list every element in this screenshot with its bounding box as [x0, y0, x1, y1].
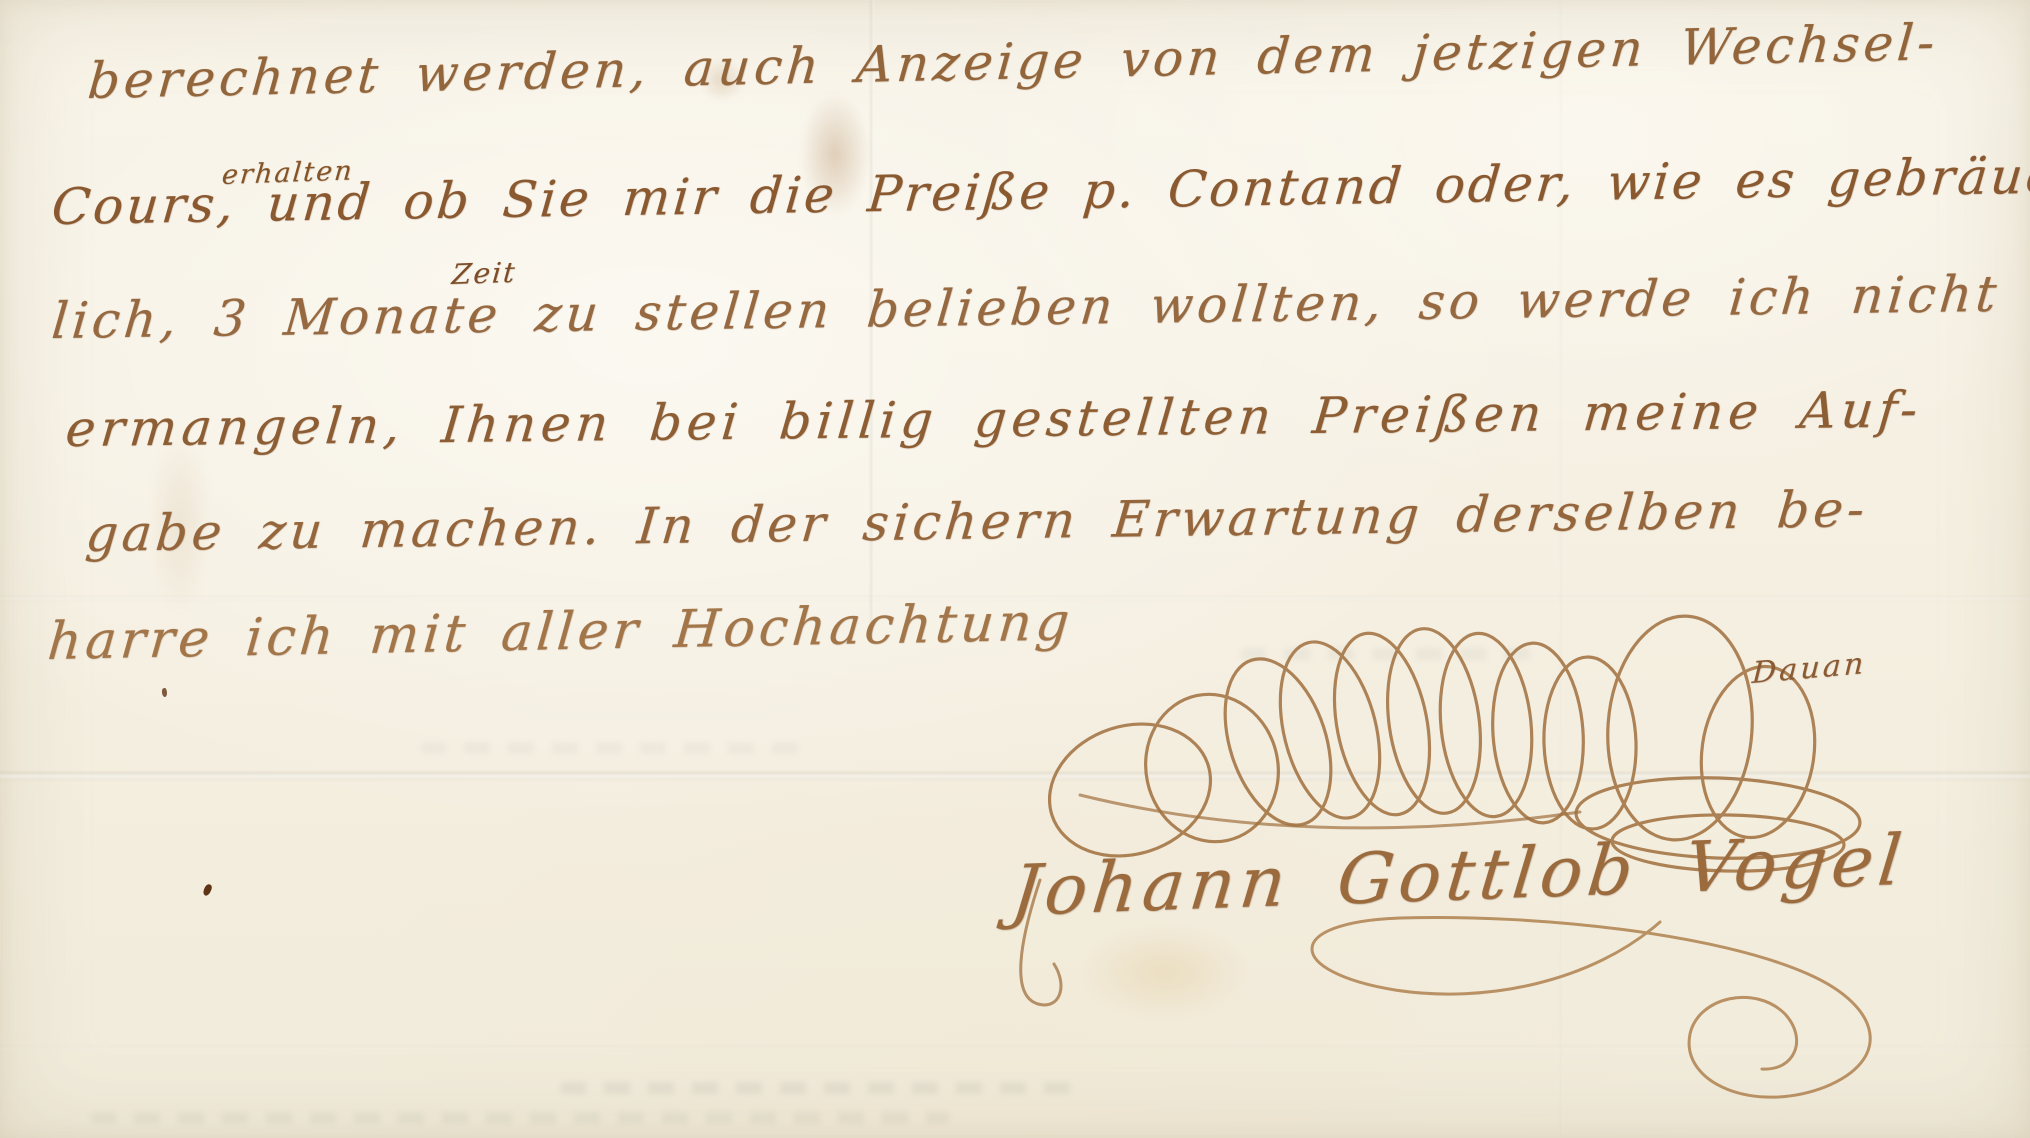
- ink-spot: [202, 883, 213, 897]
- letter-line-3: lich, 3 Monate zu stellen belieben wollt…: [49, 265, 2002, 350]
- letter-line-6: harre ich mit aller Hochachtung: [45, 592, 1075, 672]
- verso-show-through: [90, 1112, 950, 1124]
- verso-show-through: [420, 742, 800, 754]
- ink-spot: [161, 688, 167, 698]
- letter-line-1: berechnet werden, auch Anzeige von dem j…: [86, 13, 1941, 110]
- letter-line-5: gabe zu machen. In der sichern Erwartung…: [83, 480, 1870, 563]
- letter-page: berechnet werden, auch Anzeige von dem j…: [0, 0, 2030, 1138]
- letter-line-4: ermangeln, Ihnen bei billig gestellten P…: [63, 381, 1925, 458]
- signature-swirl: [1312, 917, 1870, 1097]
